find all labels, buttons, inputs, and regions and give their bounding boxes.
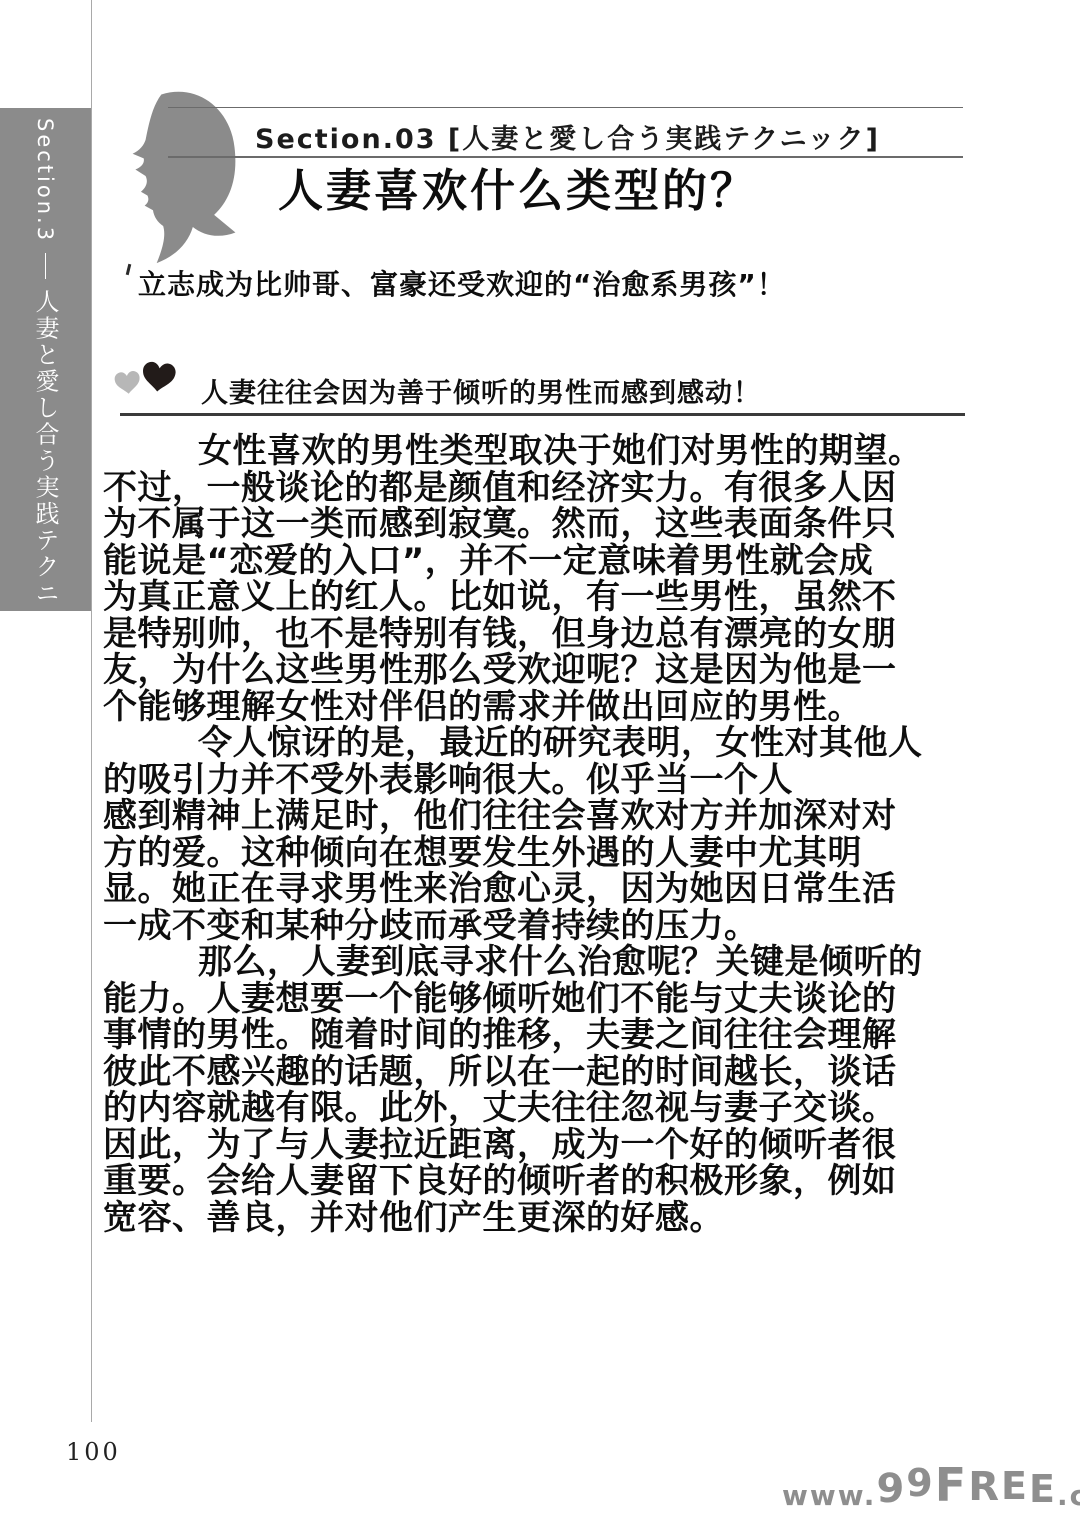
header-rule-top [168, 107, 963, 108]
section-sidebar: Section.3人妻と愛し合う実践テクニック [0, 108, 91, 611]
body-text-line: 感到精神上满足时，他们往往会喜欢对方并加深对对 [103, 798, 975, 835]
margin-rule [91, 0, 92, 1422]
body-paragraph-1: 女性喜欢的男性类型取决于她们对男性的期望。不过，一般谈论的都是颜值和经济实力。有… [103, 433, 975, 725]
body-text-line: 能说是“恋爱的入口”，并不一定意味着男性就会成 [103, 543, 975, 580]
body-paragraph-2: 令人惊讶的是，最近的研究表明，女性对其他人的吸引力并不受外表影响很大。似乎当一个… [103, 725, 975, 944]
watermark-part: R [968, 1464, 1001, 1510]
body-text-line: 个能够理解女性对伴侣的需求并做出回应的男性。 [103, 689, 975, 726]
header-rule-bottom [168, 156, 963, 158]
highlight-slogan: 人妻往往会因为善于倾听的男性而感到感动！ [201, 371, 761, 410]
book-page: Section.3人妻と愛し合う実践テクニック Section.03 [人妻と愛… [0, 0, 1080, 1532]
page-subtitle: 立志成为比帅哥、富豪还受欢迎的“治愈系男孩”！ [138, 263, 786, 303]
body-text-line: 不过，一般谈论的都是颜值和经济实力。有很多人因 [103, 470, 975, 507]
body-text-line: 重要。会给人妻留下良好的倾听者的积极形象，例如 [103, 1163, 975, 1200]
body-text-line: 女性喜欢的男性类型取决于她们对男性的期望。 [103, 433, 975, 470]
body-text-line: 宽容、善良，并对他们产生更深的好感。 [103, 1200, 975, 1237]
woman-profile-icon [106, 88, 250, 264]
body-text: 女性喜欢的男性类型取决于她们对男性的期望。不过，一般谈论的都是颜值和经济实力。有… [103, 433, 975, 1236]
body-text-line: 能力。人妻想要一个能够倾听她们不能与丈夫谈论的 [103, 981, 975, 1018]
sidebar-divider [45, 253, 46, 279]
highlight-rule [120, 413, 965, 416]
watermark-part: 9 [876, 1466, 906, 1512]
watermark-part: E [1029, 1467, 1057, 1511]
body-text-line: 为真正意义上的红人。比如说，有一些男性，虽然不 [103, 579, 975, 616]
section-eyebrow: Section.03 [人妻と愛し合う実践テクニック] [255, 117, 880, 156]
body-text-line: 事情的男性。随着时间的推移，夫妻之间往往会理解 [103, 1017, 975, 1054]
hearts-icon [108, 357, 198, 417]
watermark-part: E [1001, 1464, 1029, 1508]
body-text-line: 一成不变和某种分歧而承受着持续的压力。 [103, 908, 975, 945]
body-text-line: 是特别帅，也不是特别有钱，但身边总有漂亮的女朋 [103, 616, 975, 653]
body-text-line: 方的爱。这种倾向在想要发生外遇的人妻中尤其明 [103, 835, 975, 872]
watermark-part: www. [782, 1479, 876, 1512]
page-title: 人妻喜欢什么类型的？ [278, 166, 758, 216]
body-text-line: 友，为什么这些男性那么受欢迎呢？这是因为他是一 [103, 652, 975, 689]
sidebar-section-title: 人妻と愛し合う実践テクニック [31, 289, 59, 660]
page-number: 100 [66, 1438, 121, 1466]
body-text-line: 的内容就越有限。此外，丈夫往往忽视与妻子交谈。 [103, 1090, 975, 1127]
body-text-line: 彼此不感兴趣的话题，所以在一起的时间越长，谈话 [103, 1054, 975, 1091]
body-text-line: 那么，人妻到底寻求什么治愈呢？关键是倾听的 [103, 944, 975, 981]
subtitle-tick-mark [126, 264, 132, 275]
body-paragraph-3: 那么，人妻到底寻求什么治愈呢？关键是倾听的能力。人妻想要一个能够倾听她们不能与丈… [103, 944, 975, 1236]
body-text-line: 的吸引力并不受外表影响很大。似乎当一个人 [103, 762, 975, 799]
watermark-part: .cc [1057, 1479, 1080, 1512]
watermark-part: F [935, 1458, 968, 1512]
sidebar-vertical-text: Section.3人妻と愛し合う実践テクニック [28, 108, 63, 611]
body-text-line: 因此，为了与人妻拉近距离，成为一个好的倾听者很 [103, 1127, 975, 1164]
watermark: www. 9 9 F R E E .cc [782, 1458, 1080, 1512]
watermark-part: 9 [906, 1461, 934, 1505]
body-text-line: 令人惊讶的是，最近的研究表明，女性对其他人 [103, 725, 975, 762]
sidebar-section-label: Section.3 [33, 118, 57, 243]
body-text-line: 显。她正在寻求男性来治愈心灵，因为她因日常生活 [103, 871, 975, 908]
body-text-line: 为不属于这一类而感到寂寞。然而，这些表面条件只 [103, 506, 975, 543]
